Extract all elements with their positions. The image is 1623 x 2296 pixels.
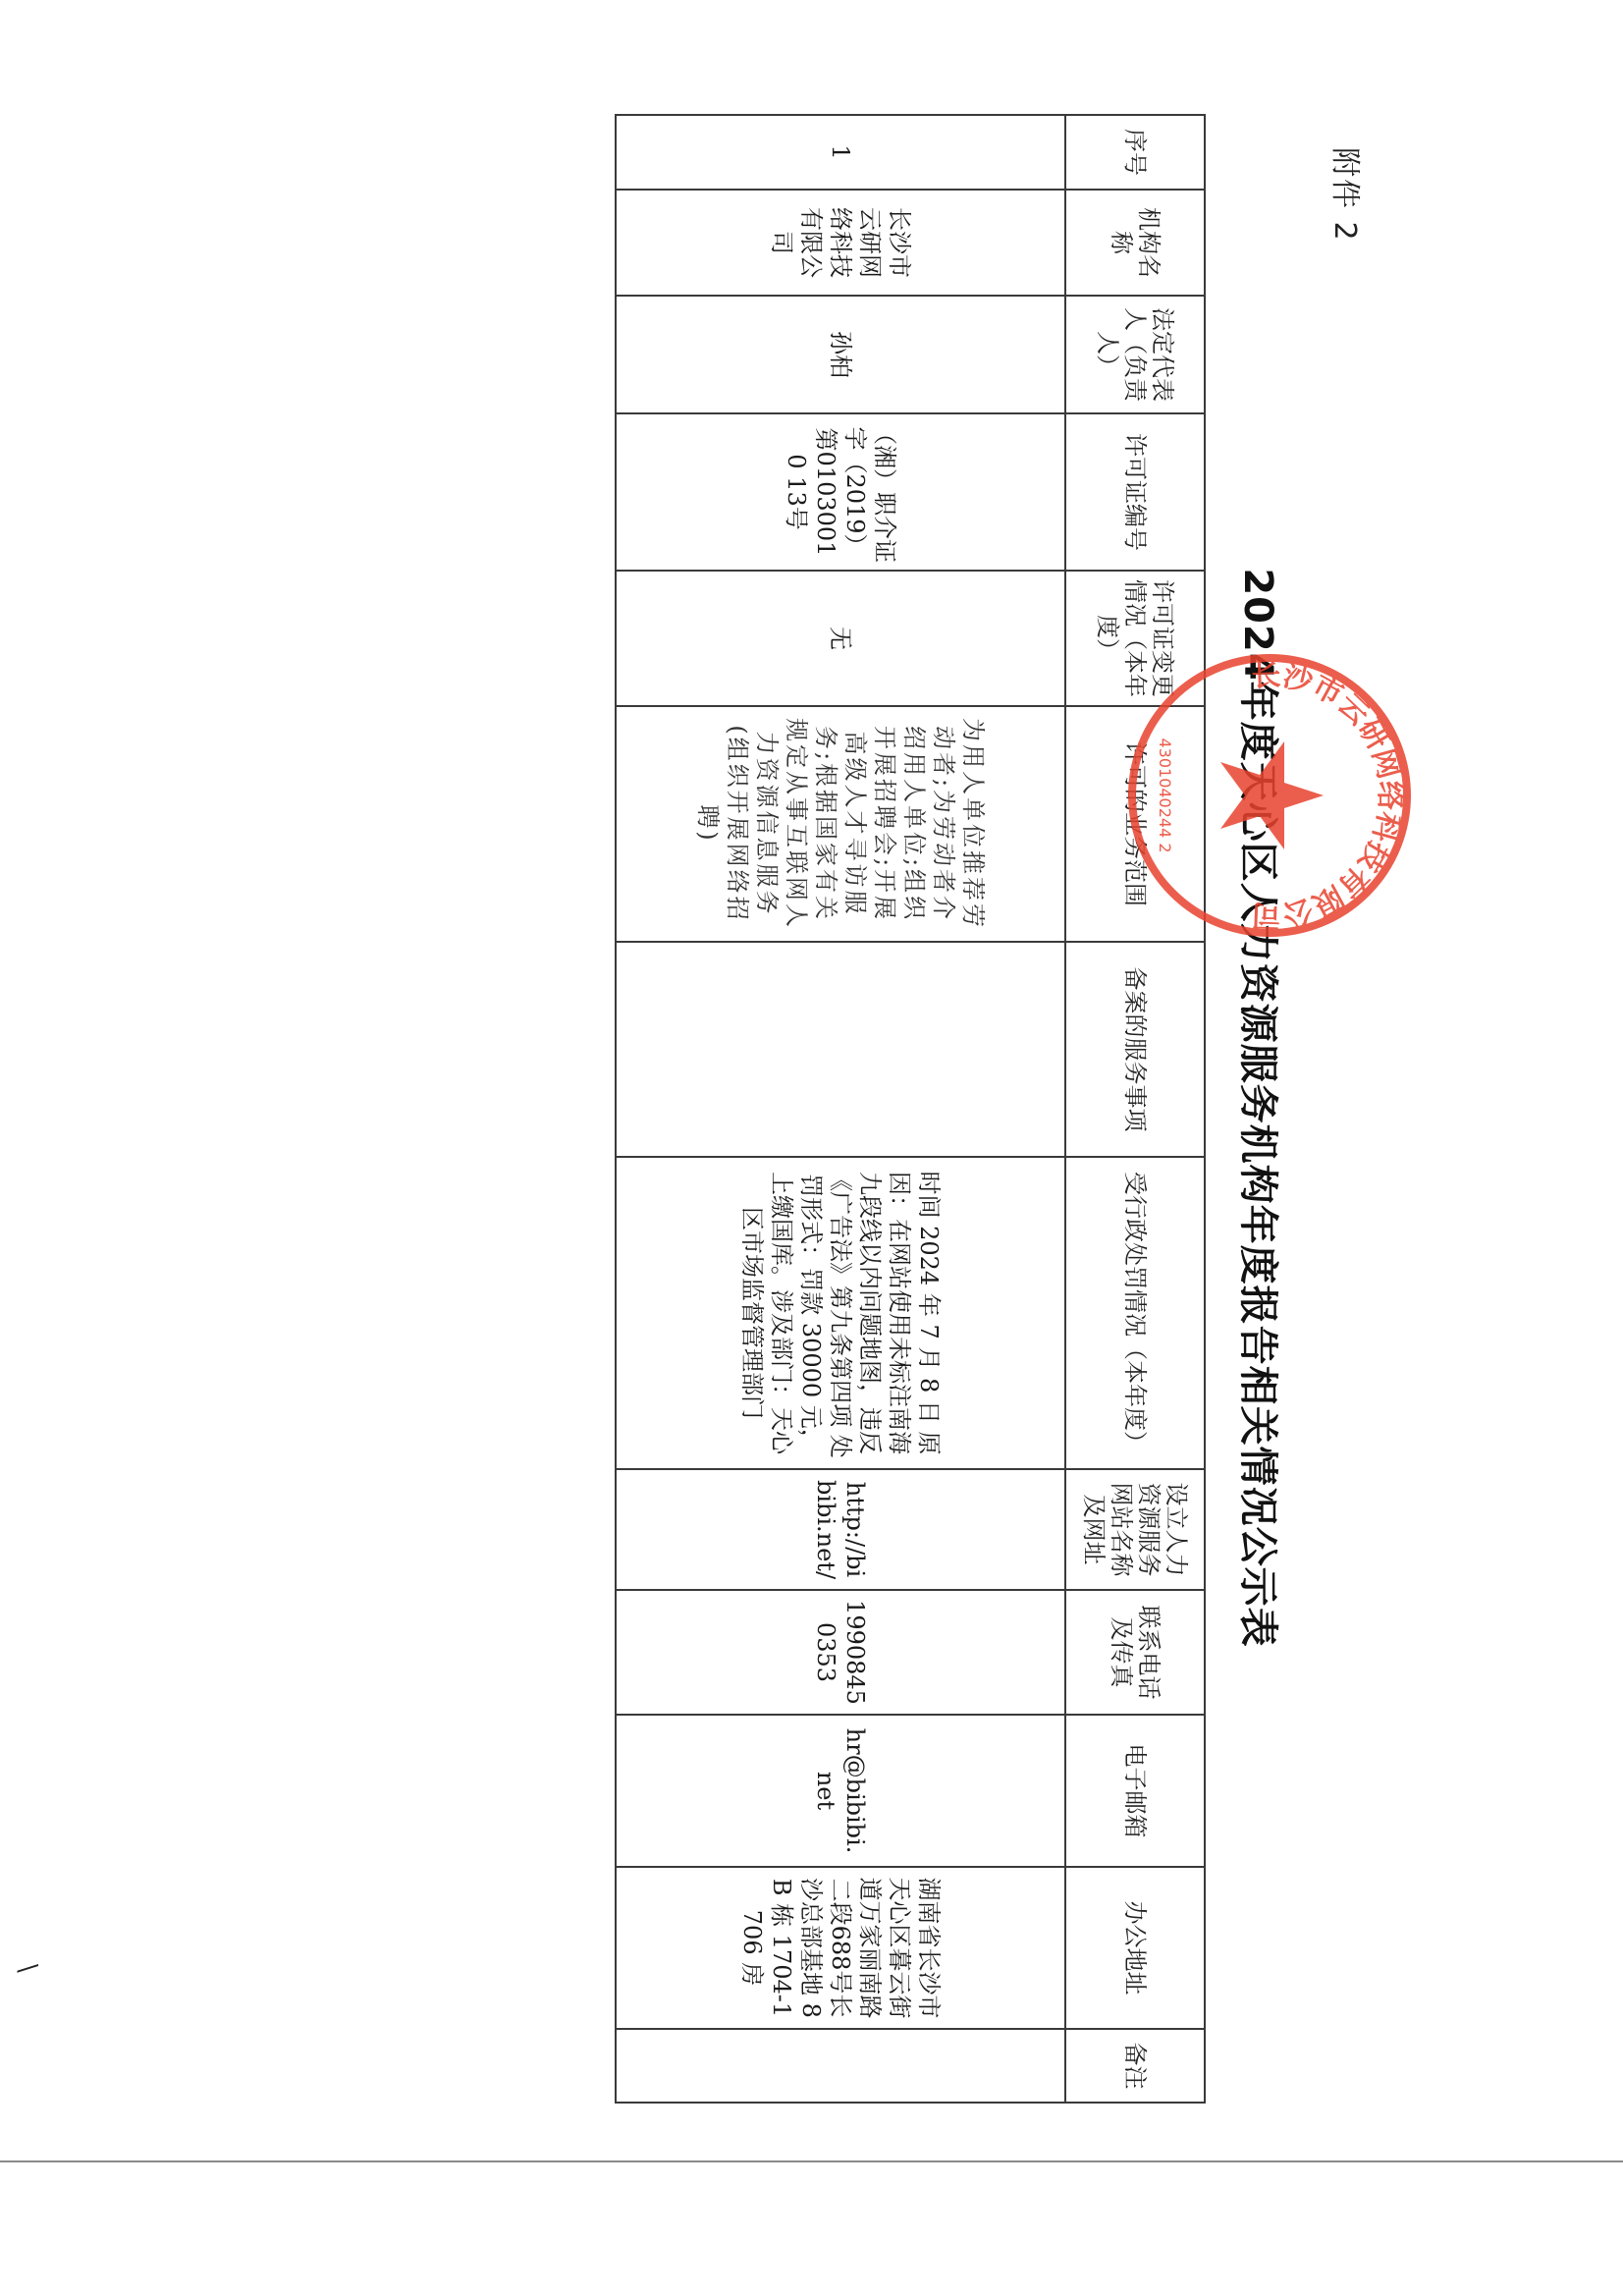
cell-penalty: 时间 2024 年 7 月 8 日 原因：在网站使用未标注南海九段线以内问题地图…: [616, 1157, 1065, 1469]
header-address: 办公地址: [1065, 1867, 1205, 2029]
header-org-name: 机构名称: [1065, 190, 1205, 296]
report-table: 序号 机构名称 法定代表人（负责人） 许可证编号 许可证变更情况（本年度） 许可…: [615, 114, 1206, 2104]
header-row: 序号 机构名称 法定代表人（负责人） 许可证编号 许可证变更情况（本年度） 许可…: [1065, 115, 1205, 2103]
header-remark: 备注: [1065, 2029, 1205, 2103]
header-website: 设立人力资源服务网站名称及网址: [1065, 1469, 1205, 1590]
cell-business-scope: 为用人单位推荐劳动者;为劳动者介绍用人单位;组织开展招聘会;开展高级人才寻访服务…: [616, 706, 1065, 942]
cell-remark: [616, 2029, 1065, 2103]
cell-legal-rep: 孙柏: [616, 296, 1065, 413]
header-email: 电子邮箱: [1065, 1715, 1205, 1867]
cell-address: 湖南省长沙市天心区暮云街道万家丽南路二段688号长沙总部基地 8B 栋 1704…: [616, 1867, 1065, 2029]
cell-email[interactable]: hr@bibibi.net: [616, 1715, 1065, 1867]
scan-mark: \: [13, 1964, 42, 1973]
cell-index: 1: [616, 115, 1065, 190]
header-legal-rep: 法定代表人（负责人）: [1065, 296, 1205, 413]
attachment-label: 附件 2: [1326, 147, 1370, 243]
header-penalty: 受行政处罚情况（本年度）: [1065, 1157, 1205, 1469]
table-row: 1 长沙市云研网络科技有限公司 孙柏 （湘）职介证字（2019）第0103001…: [616, 115, 1065, 2103]
cell-org-name: 长沙市云研网络科技有限公司: [616, 190, 1065, 296]
header-index: 序号: [1065, 115, 1205, 190]
header-filed-services: 备案的服务事项: [1065, 942, 1205, 1157]
header-license-no: 许可证编号: [1065, 413, 1205, 571]
header-license-change: 许可证变更情况（本年度）: [1065, 571, 1205, 706]
cell-website[interactable]: http://bibibi.net/: [616, 1469, 1065, 1590]
document-title: 2024年度天心区人力资源服务机构年度报告相关情况公示表: [1233, 114, 1289, 2102]
page-edge-line: [0, 2160, 1623, 2162]
cell-phone: 19908450353: [616, 1590, 1065, 1715]
cell-license-no: （湘）职介证字（2019）第01030010 13号: [616, 413, 1065, 571]
cell-license-change: 无: [616, 571, 1065, 706]
header-phone: 联系电话及传真: [1065, 1590, 1205, 1715]
document-page: 附件 2 2024年度天心区人力资源服务机构年度报告相关情况公示表 序号 机构名…: [0, 0, 1623, 2296]
cell-filed-services: [616, 942, 1065, 1157]
header-business-scope: 许可的业务范围: [1065, 706, 1205, 942]
